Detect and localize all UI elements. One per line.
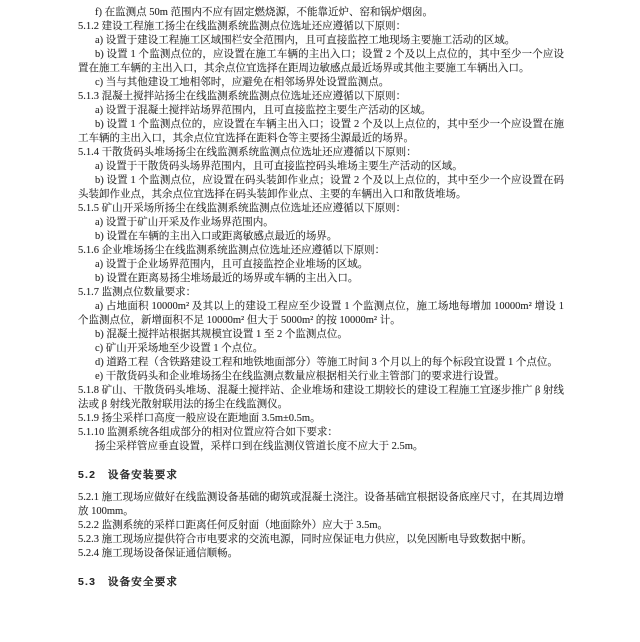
clause-paragraph: 5.2.3 施工现场应提供符合市电要求的交流电源，同时应保证电力供应，以免因断电… xyxy=(78,533,564,547)
list-item: b) 设置 1 个监测点位，应设置在码头装卸作业点；设置 2 个及以上点位的，其… xyxy=(78,174,564,202)
list-item: a) 设置于干散货码头场界范围内，且可直接监控码头堆场主要生产活动的区域。 xyxy=(78,160,564,174)
clause-paragraph: 5.1.6 企业堆场扬尘在线监测系统监测点位选址还应遵循以下原则： xyxy=(78,244,564,258)
list-item: a) 设置于混凝土搅拌站场界范围内，且可直接监控主要生产活动的区域。 xyxy=(78,104,564,118)
clause-paragraph: 5.1.5 矿山开采场所扬尘在线监测系统监测点位选址还应遵循以下原则： xyxy=(78,202,564,216)
list-item: e) 干散货码头和企业堆场扬尘在线监测点数量应根据相关行业主管部门的要求进行设置… xyxy=(78,370,564,384)
clause-paragraph: 5.1.9 扬尘采样口高度一般应设在距地面 3.5m±0.5m。 xyxy=(78,412,564,426)
clause-paragraph: 5.2.2 监测系统的采样口距离任何反射面（地面除外）应大于 3.5m。 xyxy=(78,519,564,533)
list-item: b) 设置在距离易扬尘堆场最近的场界或车辆的主出入口。 xyxy=(78,272,564,286)
list-item: b) 设置 1 个监测点位的，应设置在施工车辆的主出入口；设置 2 个及以上点位… xyxy=(78,48,564,76)
list-item: a) 设置于矿山开采及作业场界范围内。 xyxy=(78,216,564,230)
list-item: a) 设置于建设工程施工区域围栏安全范围内，且可直接监控工地现场主要施工活动的区… xyxy=(78,34,564,48)
list-item: b) 混凝土搅拌站根据其规模宜设置 1 至 2 个监测点位。 xyxy=(78,328,564,342)
clause-paragraph: 5.2.4 施工现场设备保证通信顺畅。 xyxy=(78,547,564,561)
clause-paragraph: 5.1.7 监测点位数量要求： xyxy=(78,286,564,300)
list-item: c) 当与其他建设工地相邻时，应避免在相邻场界处设置监测点。 xyxy=(78,76,564,90)
clause-paragraph: 5.2.1 施工现场应做好在线监测设备基础的砌筑或混凝土浇注。设备基础宜根据设备… xyxy=(78,491,564,519)
clause-paragraph: 5.1.2 建设工程施工扬尘在线监测系统监测点位选址还应遵循以下原则： xyxy=(78,20,564,34)
clause-paragraph: 5.1.3 混凝土搅拌站扬尘在线监测系统监测点位选址还应遵循以下原则： xyxy=(78,90,564,104)
section-heading: 5.3 设备安全要求 xyxy=(78,575,564,589)
list-item: c) 矿山开采场地至少设置 1 个点位。 xyxy=(78,342,564,356)
list-item: b) 设置在车辆的主出入口或距离敏感点最近的场界。 xyxy=(78,230,564,244)
list-item: a) 占地面积 10000m² 及其以上的建设工程应至少设置 1 个监测点位，施… xyxy=(78,300,564,328)
list-item: f) 在监测点 50m 范围内不应有固定燃烧源，不能靠近炉、窑和锅炉烟囱。 xyxy=(78,6,564,20)
list-item: 扬尘采样管应垂直设置，采样口到在线监测仪管道长度不应大于 2.5m。 xyxy=(78,440,564,454)
clause-paragraph: 5.1.4 干散货码头堆场扬尘在线监测系统监测点位选址还应遵循以下原则： xyxy=(78,146,564,160)
list-item: d) 道路工程（含铁路建设工程和地铁地面部分）等施工时间 3 个月以上的每个标段… xyxy=(78,356,564,370)
list-item: a) 设置于企业场界范围内，且可直接监控企业堆场的区域。 xyxy=(78,258,564,272)
document-body: f) 在监测点 50m 范围内不应有固定燃烧源，不能靠近炉、窑和锅炉烟囱。5.1… xyxy=(78,6,564,589)
list-item: b) 设置 1 个监测点位的，应设置在车辆主出入口；设置 2 个及以上点位的，其… xyxy=(78,118,564,146)
clause-paragraph: 5.1.8 矿山、干散货码头堆场、混凝土搅拌站、企业堆场和建设工期较长的建设工程… xyxy=(78,384,564,412)
section-heading: 5.2 设备安装要求 xyxy=(78,468,564,482)
clause-paragraph: 5.1.10 监测系统各组成部分的相对位置应符合如下要求： xyxy=(78,426,564,440)
document-page: f) 在监测点 50m 范围内不应有固定燃烧源，不能靠近炉、窑和锅炉烟囱。5.1… xyxy=(0,0,640,642)
